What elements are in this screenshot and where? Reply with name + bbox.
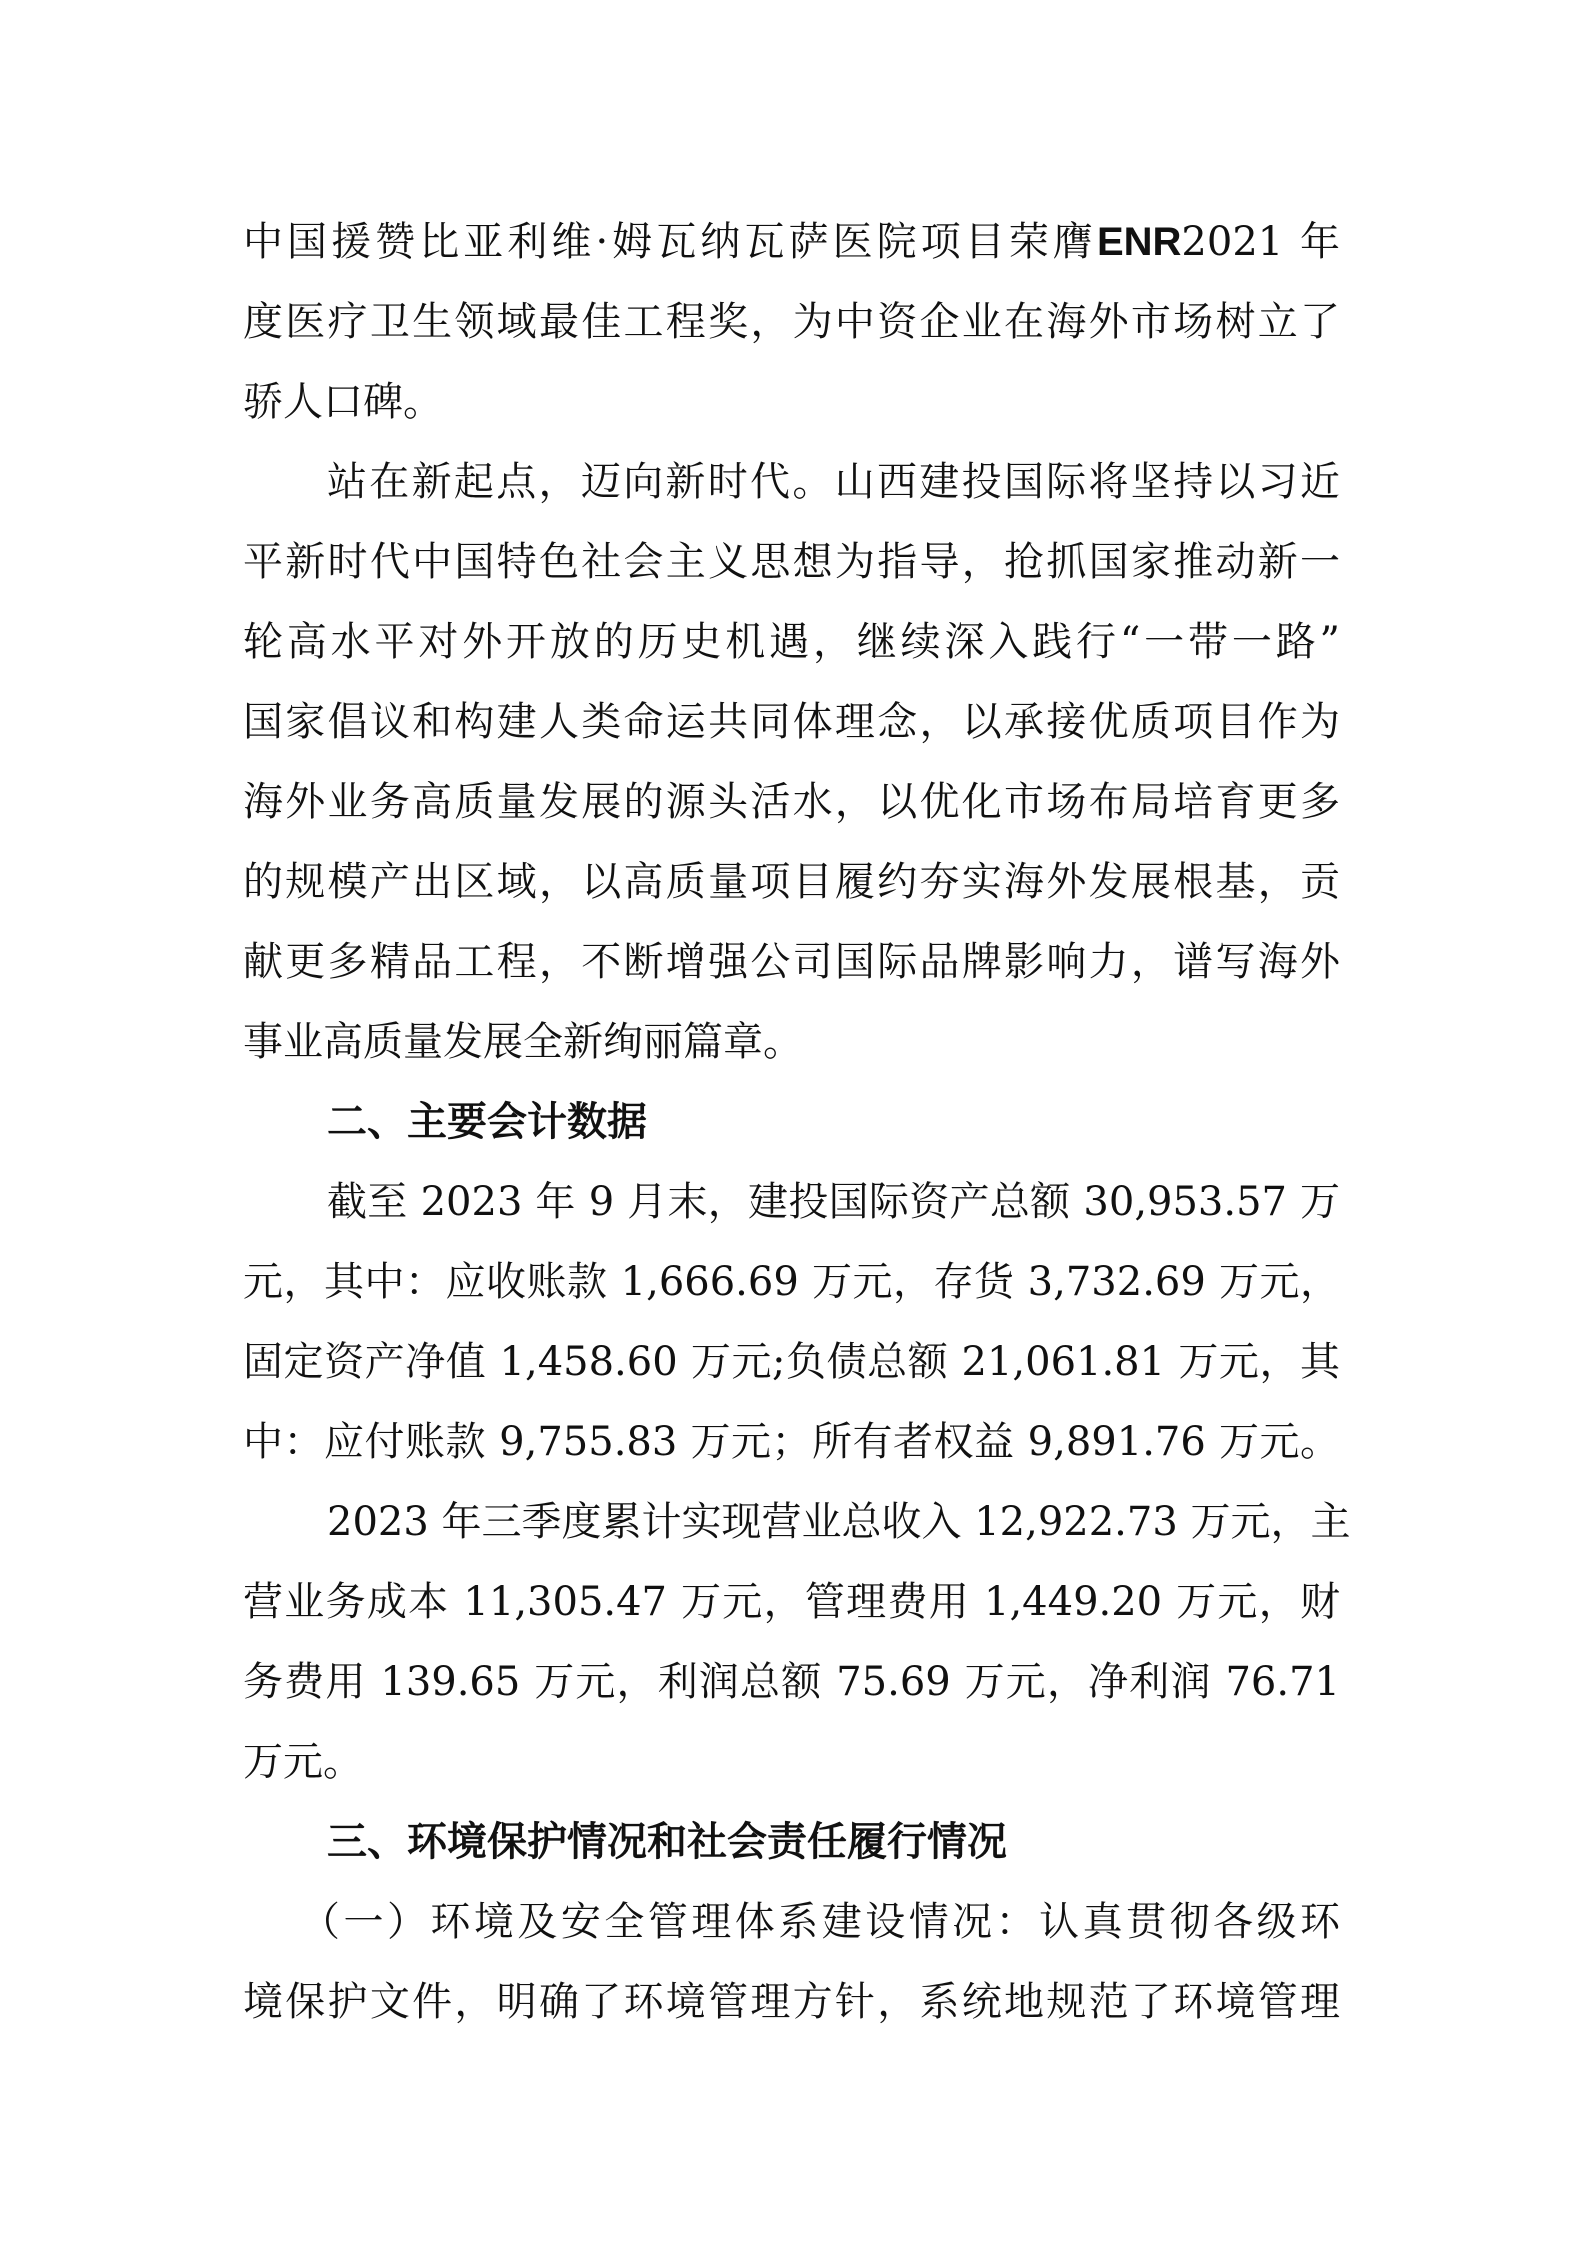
paragraph-line: 营业务成本 11,305.47 万元，管理费用 1,449.20 万元，财 — [243, 1562, 1340, 1642]
paragraph-line: 骄人口碑。 — [243, 362, 1340, 442]
document-page: 中国援赞比亚利维·姆瓦纳瓦萨医院项目荣膺ENR2021 年 度医疗卫生领域最佳工… — [0, 0, 1587, 2245]
paragraph-line: 献更多精品工程，不断增强公司国际品牌影响力，谱写海外 — [243, 922, 1340, 1002]
paragraph-line: 站在新起点，迈向新时代。山西建投国际将坚持以习近 — [327, 442, 1340, 522]
paragraph-line: 度医疗卫生领域最佳工程奖，为中资企业在海外市场树立了 — [243, 282, 1340, 362]
text-run: 2021 年 — [1181, 219, 1340, 265]
paragraph-line: 截至 2023 年 9 月末，建投国际资产总额 30,953.57 万 — [327, 1162, 1340, 1242]
paragraph-line: 务费用 139.65 万元，利润总额 75.69 万元，净利润 76.71 — [243, 1642, 1340, 1722]
paragraph-line: 境保护文件，明确了环境管理方针，系统地规范了环境管理 — [243, 1962, 1340, 2042]
paragraph-line: 轮高水平对外开放的历史机遇，继续深入践行“一带一路” — [243, 602, 1340, 682]
paragraph-line: 2023 年三季度累计实现营业总收入 12,922.73 万元，主 — [327, 1482, 1340, 1562]
paragraph-line: 事业高质量发展全新绚丽篇章。 — [243, 1002, 1340, 1082]
paragraph-line: 中：应付账款 9,755.83 万元；所有者权益 9,891.76 万元。 — [243, 1402, 1340, 1482]
section-heading: 三、环境保护情况和社会责任履行情况 — [327, 1802, 1340, 1882]
text-run: 中国援赞比亚利维·姆瓦纳瓦萨医院项目荣膺 — [243, 219, 1097, 265]
paragraph-line: 的规模产出区域，以高质量项目履约夯实海外发展根基，贡 — [243, 842, 1340, 922]
paragraph-line: 国家倡议和构建人类命运共同体理念，以承接优质项目作为 — [243, 682, 1340, 762]
paragraph-line: 平新时代中国特色社会主义思想为指导，抢抓国家推动新一 — [243, 522, 1340, 602]
section-heading: 二、主要会计数据 — [327, 1082, 1340, 1162]
paragraph-line: 固定资产净值 1,458.60 万元;负债总额 21,061.81 万元，其 — [243, 1322, 1340, 1402]
paragraph-line: 中国援赞比亚利维·姆瓦纳瓦萨医院项目荣膺ENR2021 年 — [243, 202, 1340, 282]
enr-label: ENR — [1097, 220, 1181, 264]
paragraph-line: 元，其中：应收账款 1,666.69 万元，存货 3,732.69 万元， — [243, 1242, 1340, 1322]
paragraph-line: （一）环境及安全管理体系建设情况：认真贯彻各级环 — [300, 1882, 1340, 1962]
paragraph-line: 万元。 — [243, 1722, 1340, 1802]
paragraph-line: 海外业务高质量发展的源头活水，以优化市场布局培育更多 — [243, 762, 1340, 842]
